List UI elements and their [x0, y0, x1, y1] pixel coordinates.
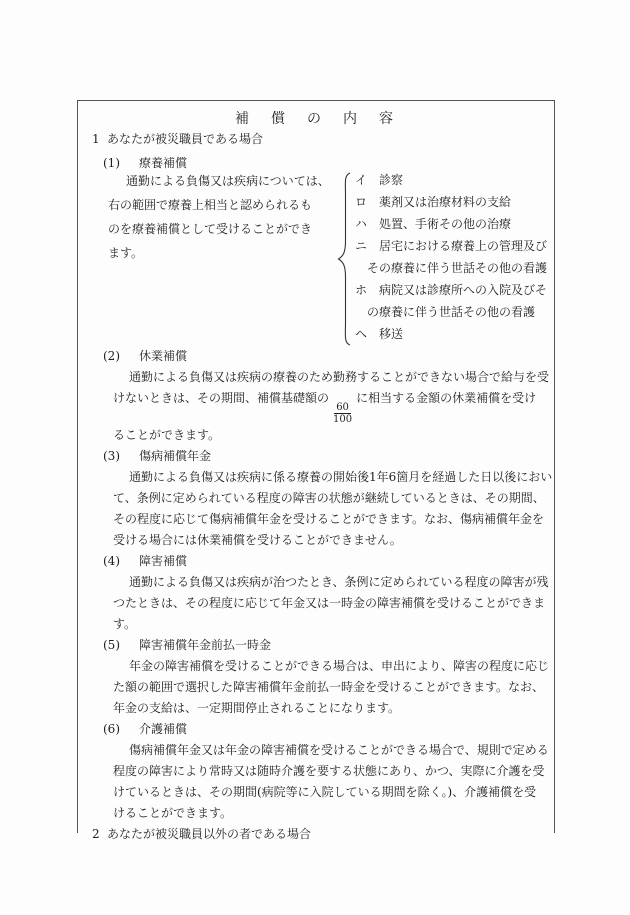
list-text: 処置、手術その他の治療: [379, 217, 511, 231]
item-6-title: 介護補償: [139, 722, 187, 736]
item-2-heading: (2)休業補償: [103, 346, 554, 367]
body-line: す。: [113, 614, 554, 635]
list-marker: ロ: [355, 191, 379, 213]
body-line: 通勤による負傷又は疾病が治つたとき、条例に定められている程度の障害が残: [113, 572, 554, 593]
body-line-with-fraction: けないときは、その期間、補償基礎額の60100に相当する金額の休業補償を受け: [113, 388, 554, 425]
body-line: のを療養補償として受けることができ: [108, 217, 337, 241]
item-1-body: 通勤による負傷又は疾病については、 右の範囲で療養上相当と認められるも のを療養…: [108, 169, 337, 265]
list-marker: ホ: [355, 279, 379, 301]
fraction-denominator: 100: [333, 414, 352, 425]
treatment-scope-list: イ診察 ロ薬剤又は治療材料の支給 ハ処置、手術その他の治療 ニ居宅における療養上…: [355, 169, 547, 345]
list-text: の療養に伴う世話その他の看護: [367, 305, 535, 319]
list-text: 居宅における療養上の管理及び: [379, 239, 547, 253]
body-line: 通勤による負傷又は疾病に係る療養の開始後1年6箇月を経過した日以後におい: [113, 467, 554, 488]
list-marker: ニ: [355, 235, 379, 257]
section-2-number: 2: [92, 824, 107, 845]
body-line: その程度に応じて傷病補償年金を受けることができます。なお、傷病補償年金を: [113, 509, 554, 530]
section-1-heading-text: あなたが被災職員である場合: [107, 132, 263, 146]
item-2-title: 休業補償: [139, 349, 187, 363]
section-1-number: 1: [92, 128, 107, 150]
list-text: 移送: [379, 327, 403, 341]
list-text: 診察: [379, 173, 403, 187]
list-marker: イ: [355, 169, 379, 191]
list-item: ロ薬剤又は治療材料の支給: [355, 191, 547, 213]
item-2-number: (2): [103, 346, 139, 367]
item-5-title: 障害補償年金前払一時金: [139, 638, 271, 652]
list-item-continuation: の療養に伴う世話その他の看護: [355, 301, 547, 323]
item-3-title: 傷病補償年金: [139, 449, 211, 463]
item-5-heading: (5)障害補償年金前払一時金: [103, 635, 554, 656]
body-line: 程度の障害により常時又は随時介護を要する状態にあり、かつ、実際に介護を受: [113, 761, 554, 782]
fraction-line-post: に相当する金額の休業補償を受け: [356, 391, 536, 405]
body-line: けることができます。: [113, 803, 554, 824]
list-item: ヘ移送: [355, 323, 547, 345]
body-line: ることができます。: [113, 425, 554, 446]
body-line: 年金の障害補償を受けることができる場合は、申出により、障害の程度に応じ: [113, 656, 554, 677]
section-2-heading: 2あなたが被災職員以外の者である場合: [92, 824, 554, 845]
body-line: つたときは、その程度に応じて年金又は一時金の障害補償を受けることができま: [113, 593, 554, 614]
curly-brace-icon: [337, 171, 351, 350]
document-frame: 補 償 の 内 容 1あなたが被災職員である場合 (1)療養補償 通勤による負傷…: [77, 100, 555, 833]
items-2-to-6: (2)休業補償 通勤による負傷又は疾病の療養のため勤務することができない場合で給…: [78, 346, 554, 845]
item-3-heading: (3)傷病補償年金: [103, 446, 554, 467]
body-line: 通勤による負傷又は疾病については、: [108, 169, 337, 193]
section-2-heading-text: あなたが被災職員以外の者である場合: [107, 827, 311, 841]
list-text: 薬剤又は治療材料の支給: [379, 195, 511, 209]
item-1-title: 療養補償: [139, 156, 187, 170]
body-line: 年金の支給は、一定期間停止されることになります。: [113, 698, 554, 719]
body-line: 傷病補償年金又は年金の障害補償を受けることができる場合で、規則で定める: [113, 740, 554, 761]
list-item: ホ病院又は診療所への入院及びそ: [355, 279, 547, 301]
body-line: 通勤による負傷又は疾病の療養のため勤務することができない場合で給与を受: [113, 367, 554, 388]
fraction-numerator: 60: [334, 402, 351, 414]
item-4-title: 障害補償: [139, 554, 187, 568]
body-line: 受ける場合には休業補償を受けることができません。: [113, 530, 554, 551]
list-item: ハ処置、手術その他の治療: [355, 213, 547, 235]
list-text: 病院又は診療所への入院及びそ: [379, 283, 547, 297]
fraction-60-100: 60100: [333, 402, 352, 425]
body-line: ます。: [108, 241, 337, 265]
item-1-two-column-block: 通勤による負傷又は疾病については、 右の範囲で療養上相当と認められるも のを療養…: [108, 169, 547, 350]
list-text: その療養に伴う世話その他の看護: [367, 261, 547, 275]
list-item-continuation: その療養に伴う世話その他の看護: [355, 257, 547, 279]
list-item: イ診察: [355, 169, 547, 191]
body-line: 右の範囲で療養上相当と認められるも: [108, 193, 337, 217]
section-1-heading: 1あなたが被災職員である場合: [92, 128, 263, 150]
item-4-number: (4): [103, 551, 139, 572]
list-marker: ヘ: [355, 323, 379, 345]
fraction-line-pre: けないときは、その期間、補償基礎額の: [113, 391, 329, 405]
list-item: ニ居宅における療養上の管理及び: [355, 235, 547, 257]
item-3-number: (3): [103, 446, 139, 467]
document-page: 補 償 の 内 容 1あなたが被災職員である場合 (1)療養補償 通勤による負傷…: [0, 0, 630, 915]
item-6-heading: (6)介護補償: [103, 719, 554, 740]
item-6-number: (6): [103, 719, 139, 740]
item-5-number: (5): [103, 635, 139, 656]
body-line: て、条例に定められている程度の障害の状態が継続しているときは、その期間、: [113, 488, 554, 509]
body-line: けているときは、その期間(病院等に入院している期間を除く。)、介護補償を受: [113, 782, 554, 803]
item-4-heading: (4)障害補償: [103, 551, 554, 572]
list-marker: ハ: [355, 213, 379, 235]
body-line: た額の範囲で選択した障害補償年金前払一時金を受けることができます。なお、: [113, 677, 554, 698]
